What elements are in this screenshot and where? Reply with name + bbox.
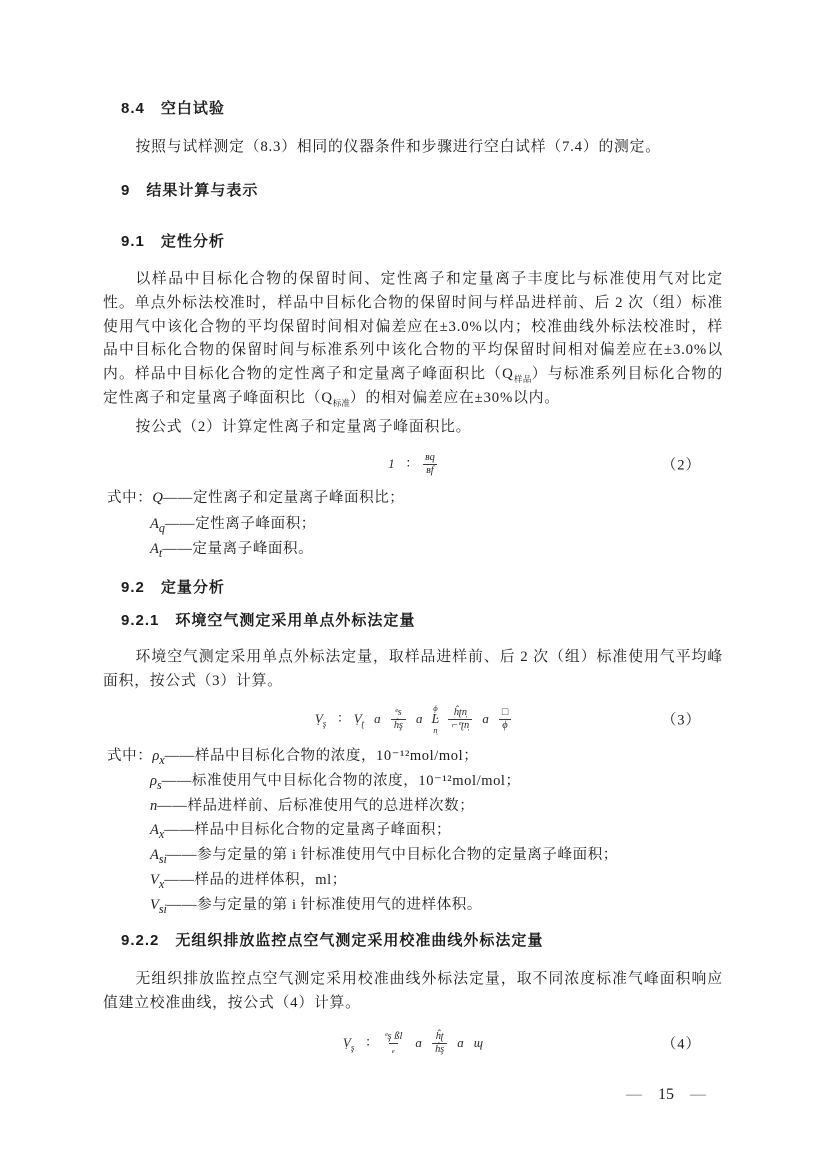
symbol: A	[150, 516, 159, 532]
symbol-subscript: si	[159, 852, 167, 866]
operator: ɑ	[416, 711, 423, 727]
symbol-subscript: ş	[351, 1043, 355, 1053]
definition-line: Asi——参与定量的第 i 针标准使用气中目标化合物的定量离子峰面积；	[103, 843, 723, 868]
formula-4-number: （4）	[662, 1033, 701, 1054]
operator: ɑ	[482, 711, 489, 727]
symbol: Ṿ	[343, 1035, 351, 1050]
heading-9: 9 结果计算与表示	[103, 180, 723, 202]
heading-8-4: 8.4 空白试验	[103, 98, 723, 120]
formula-4-lhs: Ṿş	[343, 1035, 354, 1051]
formula-2-fraction: ʙq ʙf	[422, 452, 438, 477]
definition-text: ——参与定量的第 i 针标准使用气的进样体积。	[167, 897, 482, 913]
paragraph-text: ）的相对偏差应在±30%以内。	[350, 390, 560, 406]
definition-line: n——样品进样前、后标准使用气的总进样次数；	[103, 794, 723, 819]
page-number: — 15 —	[626, 1086, 706, 1104]
definition-text: ——定性离子峰面积；	[165, 516, 316, 532]
where-label: 式中：	[107, 490, 152, 506]
definition-line: Vsi——参与定量的第 i 针标准使用气的进样体积。	[103, 893, 723, 918]
summation-symbol: ϕ Ŀ n̩	[432, 704, 440, 734]
fraction-denominator: ʙf	[423, 464, 436, 477]
definition-text: ——标准使用气中目标化合物的浓度，10⁻¹²mol/mol；	[162, 773, 521, 789]
symbol-subscript: ş	[323, 719, 327, 729]
symbol: V	[150, 897, 159, 913]
symbol-subscript: si	[159, 902, 167, 916]
formula-4: Ṿş ∶ ᵉş ßl ₑ ɑ ĥʈ ĥş ɑ ɰ （4）	[103, 1022, 723, 1064]
symbol: V	[150, 872, 159, 888]
definition-text: ——样品中目标化合物的浓度，10⁻¹²mol/mol；	[165, 748, 479, 764]
definition-line: Vx——样品的进样体积，ml；	[103, 868, 723, 893]
formula-4-fraction-2: ĥʈ ĥş	[432, 1031, 447, 1056]
fraction-numerator: ĥʈ	[432, 1031, 446, 1043]
definition-line: Ax——样品中目标化合物的定量离子峰面积；	[103, 818, 723, 843]
fraction-denominator: ₑ	[389, 1043, 398, 1056]
definition-line: 式中：Q——定性离子和定量离子峰面积比；	[103, 486, 723, 512]
definition-text: ——定量离子峰面积。	[162, 541, 313, 557]
symbol: Q	[152, 490, 162, 506]
fraction-denominator: ĥş	[432, 1043, 447, 1056]
summation-lower-limit: n̩	[433, 726, 437, 735]
page-number-right-dash: —	[690, 1086, 706, 1104]
heading-9-1: 9.1 定性分析	[103, 231, 723, 253]
q-sample-subscript: 样品	[514, 374, 532, 384]
operator: ɑ	[457, 1035, 464, 1051]
formula-4-fraction-1: ᵉş ßl ₑ	[382, 1031, 406, 1056]
paragraph-qualitative: 以样品中目标化合物的保留时间、定性离子和定量离子丰度比与标准使用气对比定性。单点…	[103, 268, 723, 411]
fraction-numerator: □	[499, 707, 511, 719]
definition-text: ——样品的进样体积，ml；	[164, 872, 347, 888]
operator: ɑ	[374, 711, 381, 727]
fraction-numerator: ʙq	[422, 452, 438, 464]
symbol-subscript: ʈ	[362, 719, 365, 729]
formula-2-number: （2）	[662, 454, 701, 475]
fraction-numerator: ĥʈn̩	[451, 707, 470, 719]
definition-line: 式中：ρx——样品中目标化合物的浓度，10⁻¹²mol/mol；	[103, 744, 723, 769]
formula-2-lhs: 1	[388, 456, 395, 472]
definition-text: ——参与定量的第 i 针标准使用气中目标化合物的定量离子峰面积；	[167, 847, 618, 863]
paragraph-single-point: 环境空气测定采用单点外标法定量，取样品进样前、后 2 次（组）标准使用气平均峰面…	[103, 646, 723, 693]
formula-4-term: ɰ	[474, 1035, 483, 1051]
formula-2: 1 ∶ ʙq ʙf （2）	[103, 444, 723, 484]
q-standard-subscript: 标准	[333, 398, 350, 408]
document-page: 8.4 空白试验 按照与试样测定（8.3）相同的仪器条件和步骤进行空白试样（7.…	[0, 0, 826, 1169]
formula-3-definitions: 式中：ρx——样品中目标化合物的浓度，10⁻¹²mol/mol； ρs——标准使…	[103, 744, 723, 918]
heading-9-2: 9.2 定量分析	[103, 577, 723, 599]
paragraph-curve-method: 无组织排放监控点空气测定采用校准曲线外标法定量，取不同浓度标准气峰面积响应值建立…	[103, 968, 723, 1015]
paragraph-blank-test: 按照与试样测定（8.3）相同的仪器条件和步骤进行空白试样（7.4）的测定。	[103, 136, 723, 160]
symbol: A	[150, 822, 159, 838]
symbol: ρ	[150, 773, 157, 789]
formula-2-relation: ∶	[407, 456, 410, 472]
formula-3-number: （3）	[662, 709, 701, 730]
formula-3-fraction-2: ĥʈn̩ ⌐ᵉʈn̩	[448, 707, 472, 732]
page-number-value: 15	[658, 1086, 674, 1104]
page-number-left-dash: —	[626, 1086, 642, 1104]
where-label: 式中：	[107, 748, 152, 764]
definition-text: ——样品进样前、后标准使用气的总进样次数；	[157, 798, 474, 814]
symbol: A	[150, 847, 159, 863]
formula-2-intro: 按公式（2）计算定性离子和定量离子峰面积比。	[103, 416, 723, 440]
fraction-denominator: ϕ	[499, 719, 510, 732]
operator: ɑ	[415, 1035, 422, 1051]
fraction-denominator: ⌐ᵉʈn̩	[448, 719, 472, 732]
formula-3-relation: ∶	[338, 711, 341, 727]
fraction-denominator: ĥş	[391, 719, 406, 732]
formula-3: Ṿş ∶ Ṿʈ ɑ ᵉs ĥş ɑ ϕ Ŀ n̩ ĥʈn̩ ⌐ᵉʈn̩ ɑ □ …	[103, 696, 723, 742]
formula-2-definitions: 式中：Q——定性离子和定量离子峰面积比； Aq——定性离子峰面积； At——定量…	[103, 486, 723, 563]
formula-3-term: Ṿʈ	[354, 711, 364, 727]
fraction-numerator: ᵉş ßl	[382, 1031, 406, 1043]
formula-3-fraction-1: ᵉs ĥş	[391, 707, 406, 732]
symbol: Ṿ	[315, 711, 323, 726]
symbol: Ṿ	[354, 711, 362, 726]
heading-9-2-2: 9.2.2 无组织排放监控点空气测定采用校准曲线外标法定量	[103, 930, 723, 952]
formula-4-relation: ∶	[366, 1035, 369, 1051]
definition-text: ——样品中目标化合物的定量离子峰面积；	[164, 822, 451, 838]
heading-9-2-1: 9.2.1 环境空气测定采用单点外标法定量	[103, 610, 723, 632]
definition-line: At——定量离子峰面积。	[103, 537, 723, 563]
formula-3-fraction-3: □ ϕ	[499, 707, 511, 732]
fraction-numerator: ᵉs	[392, 707, 405, 719]
definition-line: Aq——定性离子峰面积；	[103, 512, 723, 538]
definition-line: ρs——标准使用气中目标化合物的浓度，10⁻¹²mol/mol；	[103, 769, 723, 794]
summation-body: Ŀ	[432, 713, 440, 726]
formula-3-lhs: Ṿş	[315, 711, 326, 727]
definition-text: ——定性离子和定量离子峰面积比；	[163, 490, 405, 506]
symbol: A	[150, 541, 159, 557]
